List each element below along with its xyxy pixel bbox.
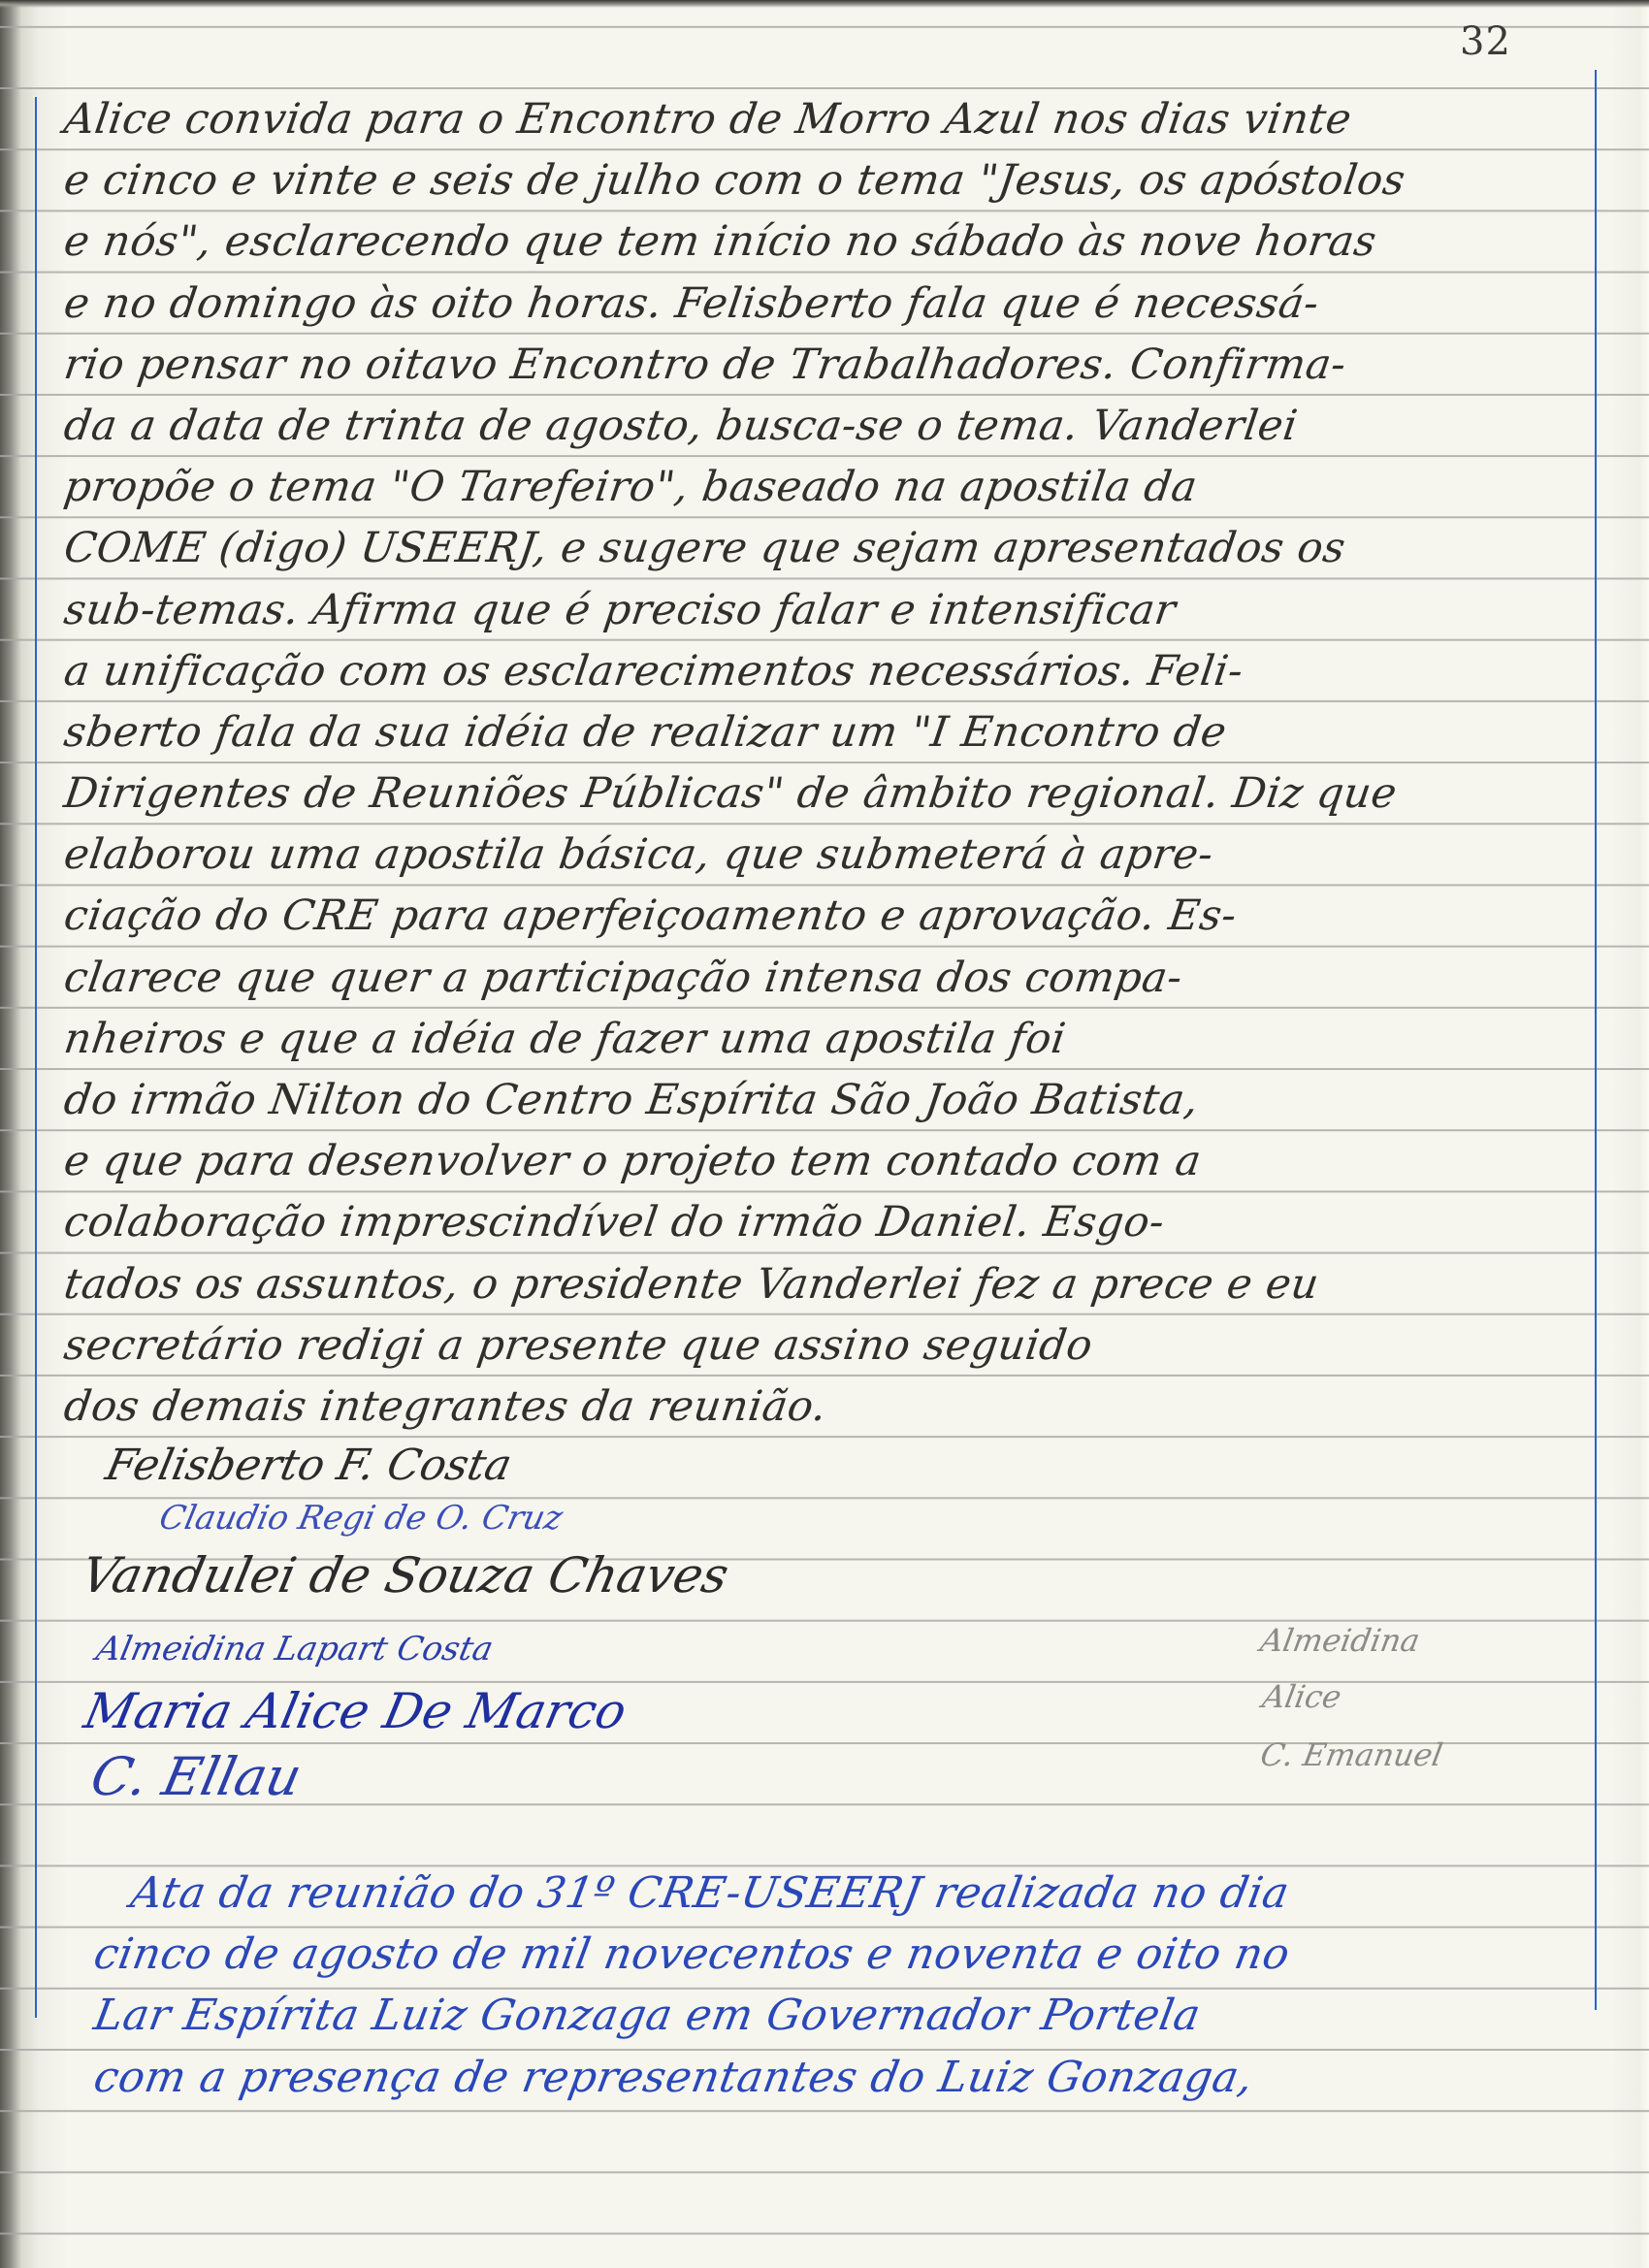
new-minutes-line: Lar Espírita Luiz Gonzaga em Governador … [89,1985,1594,2046]
pencil-note: Alice [1260,1678,1344,1715]
new-minutes-line: cinco de agosto de mil novecentos e nove… [89,1924,1594,1985]
signature-almeidina: Almeidina Lapart Costa [93,1630,497,1669]
pencil-note: Almeidina [1258,1622,1423,1659]
new-minutes-line: com a presença de representantes do Luiz… [89,2047,1594,2108]
new-minutes-entry: Ata da reunião do 31º CRE-USEERJ realiza… [89,1863,1583,2108]
signature-claudio: Claudio Regi de O. Cruz [156,1499,566,1538]
new-minutes-line: Ata da reunião do 31º CRE-USEERJ realiza… [89,1863,1594,1924]
pencil-note: C. Emanuel [1258,1736,1446,1773]
signature-felisberto: Felisberto F. Costa [102,1441,516,1490]
notebook-page: 32 Alice convida para o Encontro de Morr… [0,0,1649,2268]
signature-cellau: C. Ellau [85,1746,307,1807]
signature-maria-alice: Maria Alice De Marco [80,1683,631,1739]
signature-vandulei: Vandulei de Souza Chaves [77,1547,733,1604]
